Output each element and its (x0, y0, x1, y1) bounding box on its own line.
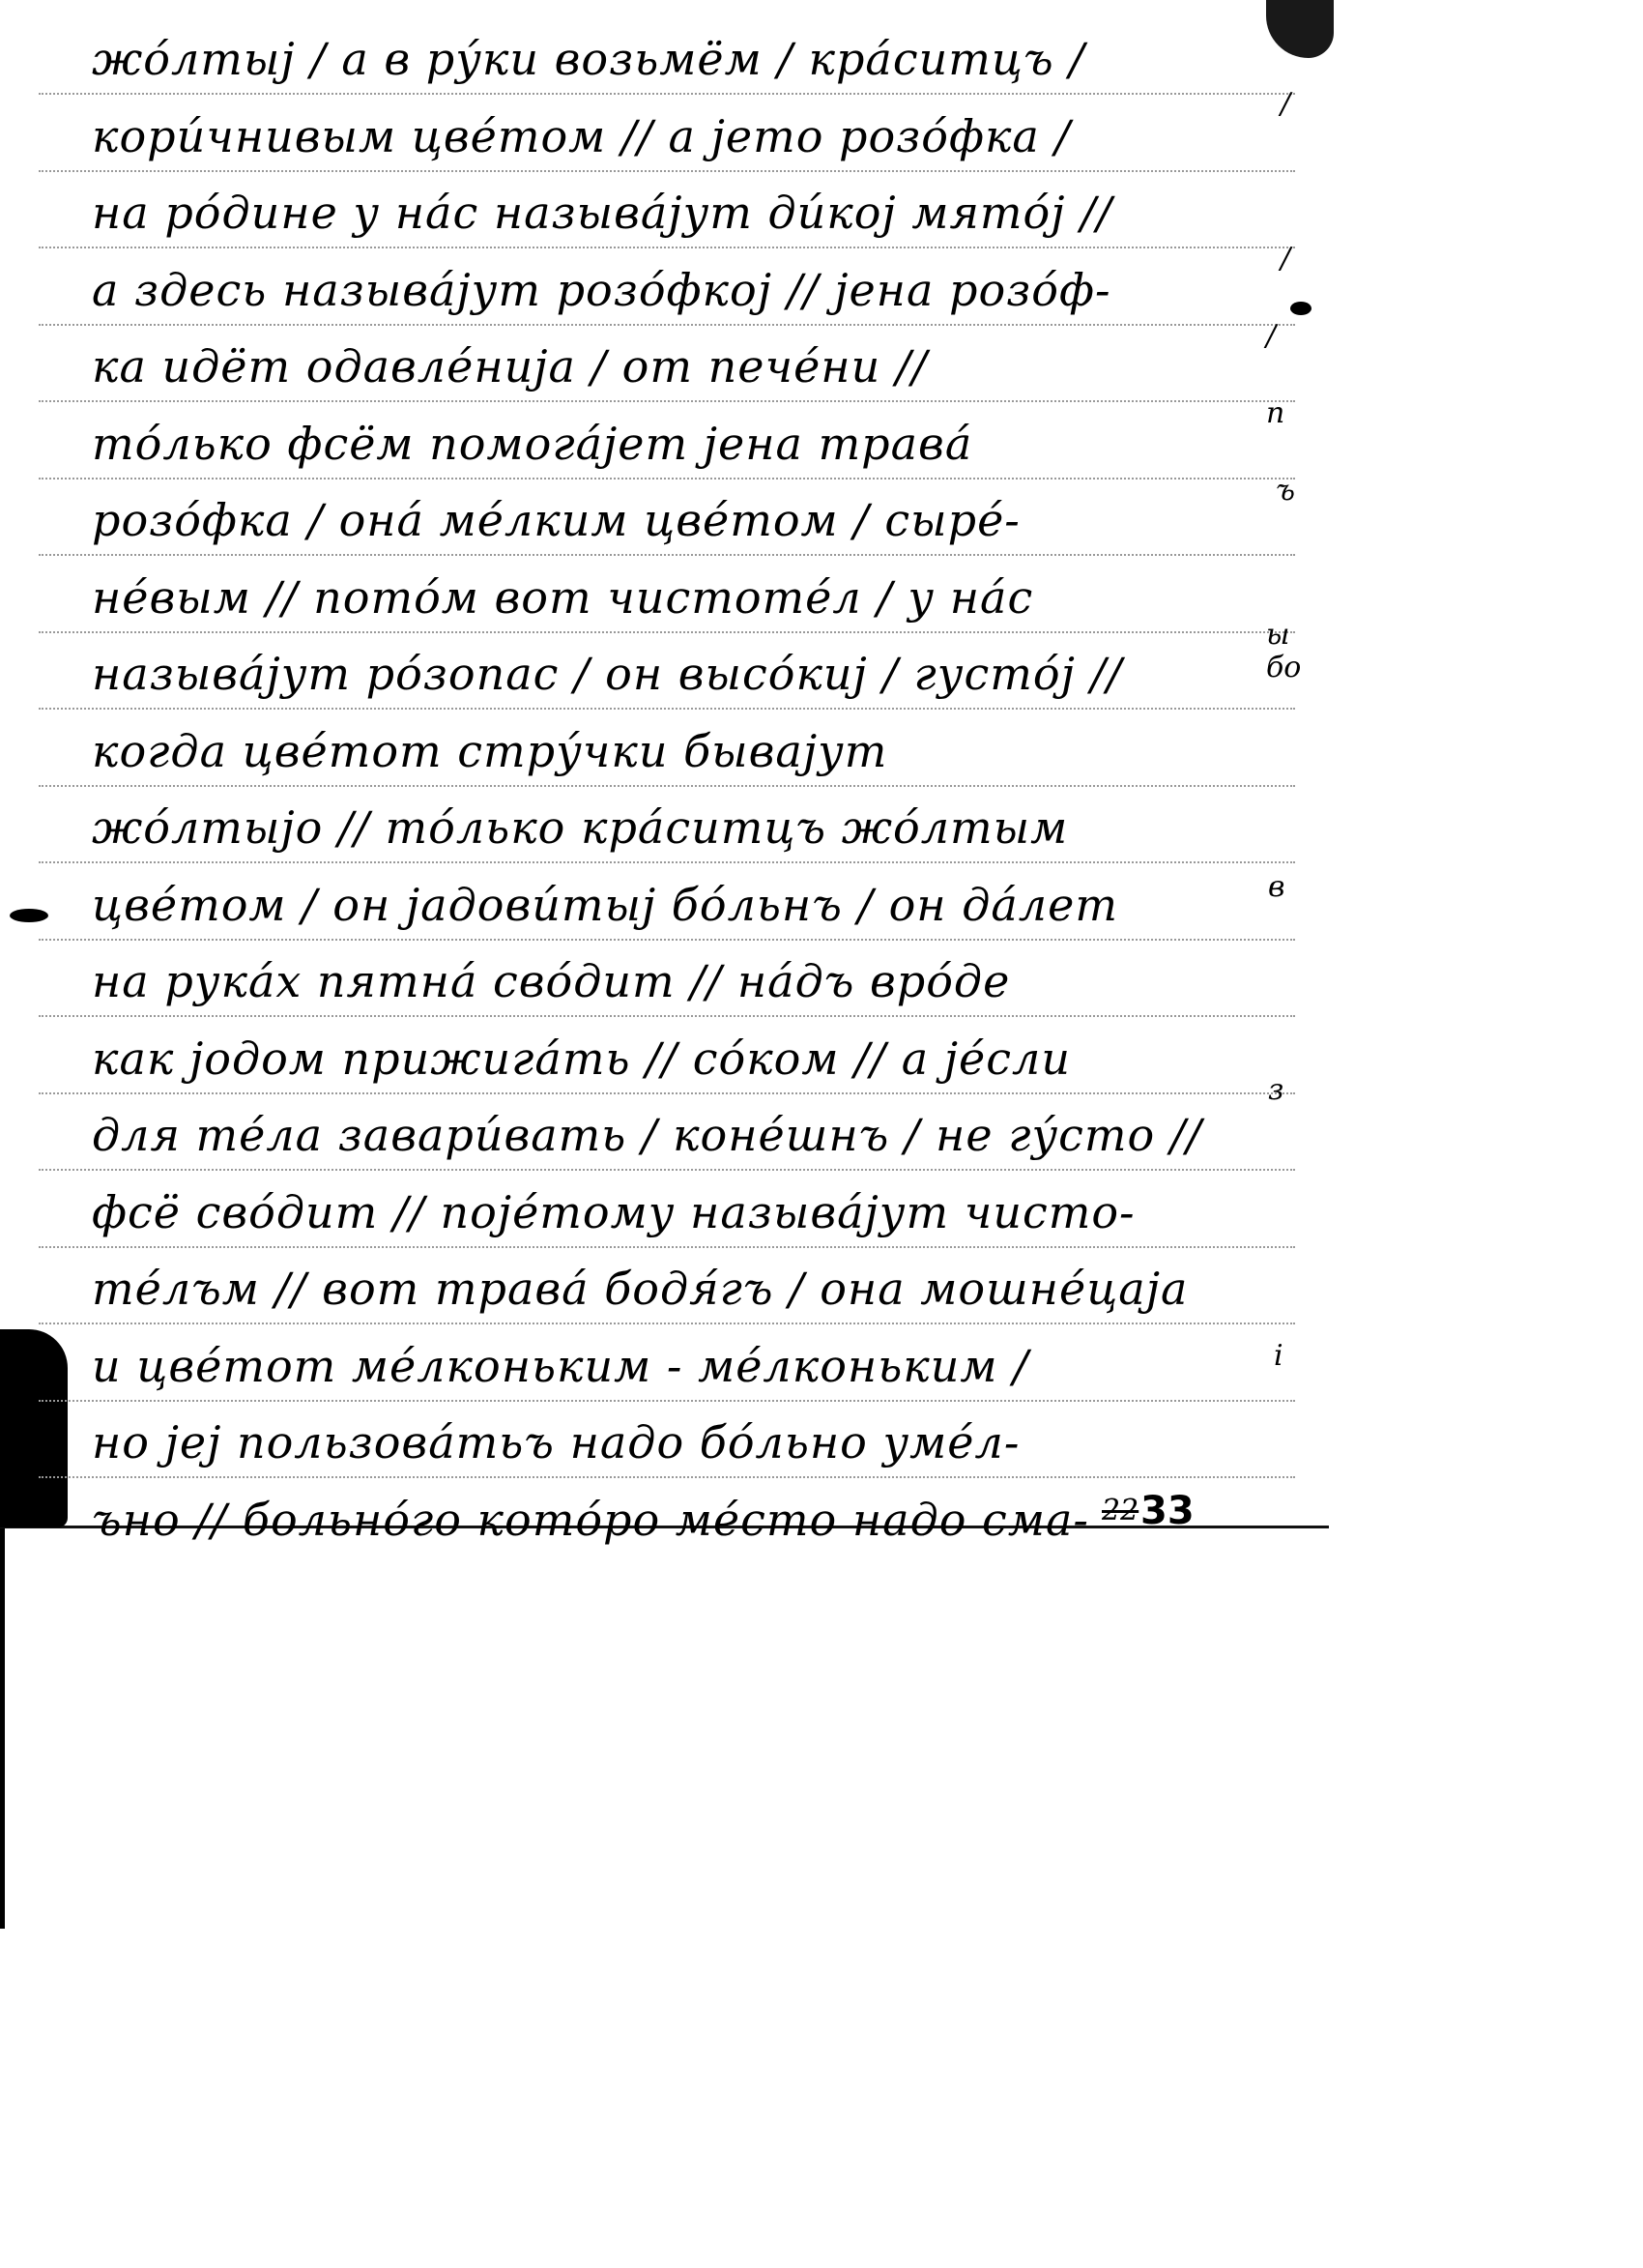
ink-dot (1290, 302, 1312, 315)
text-line: но јеј пользова́тьъ надо бо́льно уме́л- (92, 1405, 1281, 1482)
text-line: ка идёт одавле́нија / от пече́ни // (92, 329, 1281, 406)
text-line: те́лъм // вот трава́ бодя́гъ / она мошне… (92, 1251, 1281, 1328)
margin-note: з (1268, 1073, 1283, 1107)
margin-note: ы бо (1266, 619, 1305, 684)
text-line: кори́чнивым цве́том // а јето розо́фка / (92, 99, 1281, 176)
text-line: когда цве́тот стру́чки бываjут (92, 713, 1281, 791)
text-line: для те́ла завари́вать / коне́шнъ / не гу… (92, 1097, 1281, 1175)
text-line: жо́лтыјо // то́лько кра́ситцъ жо́лтым (92, 790, 1281, 867)
text-line: а здесь называ́јут розо́фкој // јена роз… (92, 252, 1281, 330)
margin-note: п (1266, 396, 1284, 430)
document-page: жо́лтыј / а в ру́ки возьмём / кра́ситцъ … (0, 0, 1329, 1528)
struck-page-number: 22 (1102, 1494, 1139, 1527)
text-line: то́лько фсём помога́јет јена трава́ (92, 406, 1281, 483)
text-line: розо́фка / она́ ме́лким цве́том / сыре́- (92, 482, 1281, 560)
text-line: называ́јут ро́зопас / он высо́киј / густ… (92, 636, 1281, 713)
text-line: фсё сво́дит // поје́тому называ́јут чист… (92, 1175, 1281, 1252)
margin-note: / (1281, 87, 1290, 121)
ink-blot-bottom-left (0, 1329, 68, 1527)
margin-note: і (1274, 1339, 1283, 1373)
margin-note: в (1268, 870, 1284, 904)
text-line: как јодом прижига́ть // со́ком // а је́с… (92, 1021, 1281, 1098)
handwritten-text: жо́лтыј / а в ру́ки возьмём / кра́ситцъ … (92, 21, 1281, 1558)
text-line: жо́лтыј / а в ру́ки возьмём / кра́ситцъ … (92, 21, 1281, 99)
text-line: и цве́тот ме́лконьким - ме́лконьким / (92, 1328, 1281, 1406)
text-line: не́вым // пото́м вот чистоте́л / у на́с (92, 560, 1281, 637)
margin-note: / (1266, 319, 1276, 353)
ink-mark-left (10, 909, 48, 922)
text-line: на ро́дине у на́с называ́јут ди́кој мято… (92, 175, 1281, 252)
page-number: 33 (1140, 1489, 1195, 1533)
text-line: на рука́х пятна́ сво́дит // на́дъ вро́де (92, 944, 1281, 1021)
margin-note: / (1281, 242, 1290, 276)
margin-note: ъ (1276, 474, 1295, 508)
text-line: цве́том / он јадови́тыј бо́льнъ / он да́… (92, 867, 1281, 945)
